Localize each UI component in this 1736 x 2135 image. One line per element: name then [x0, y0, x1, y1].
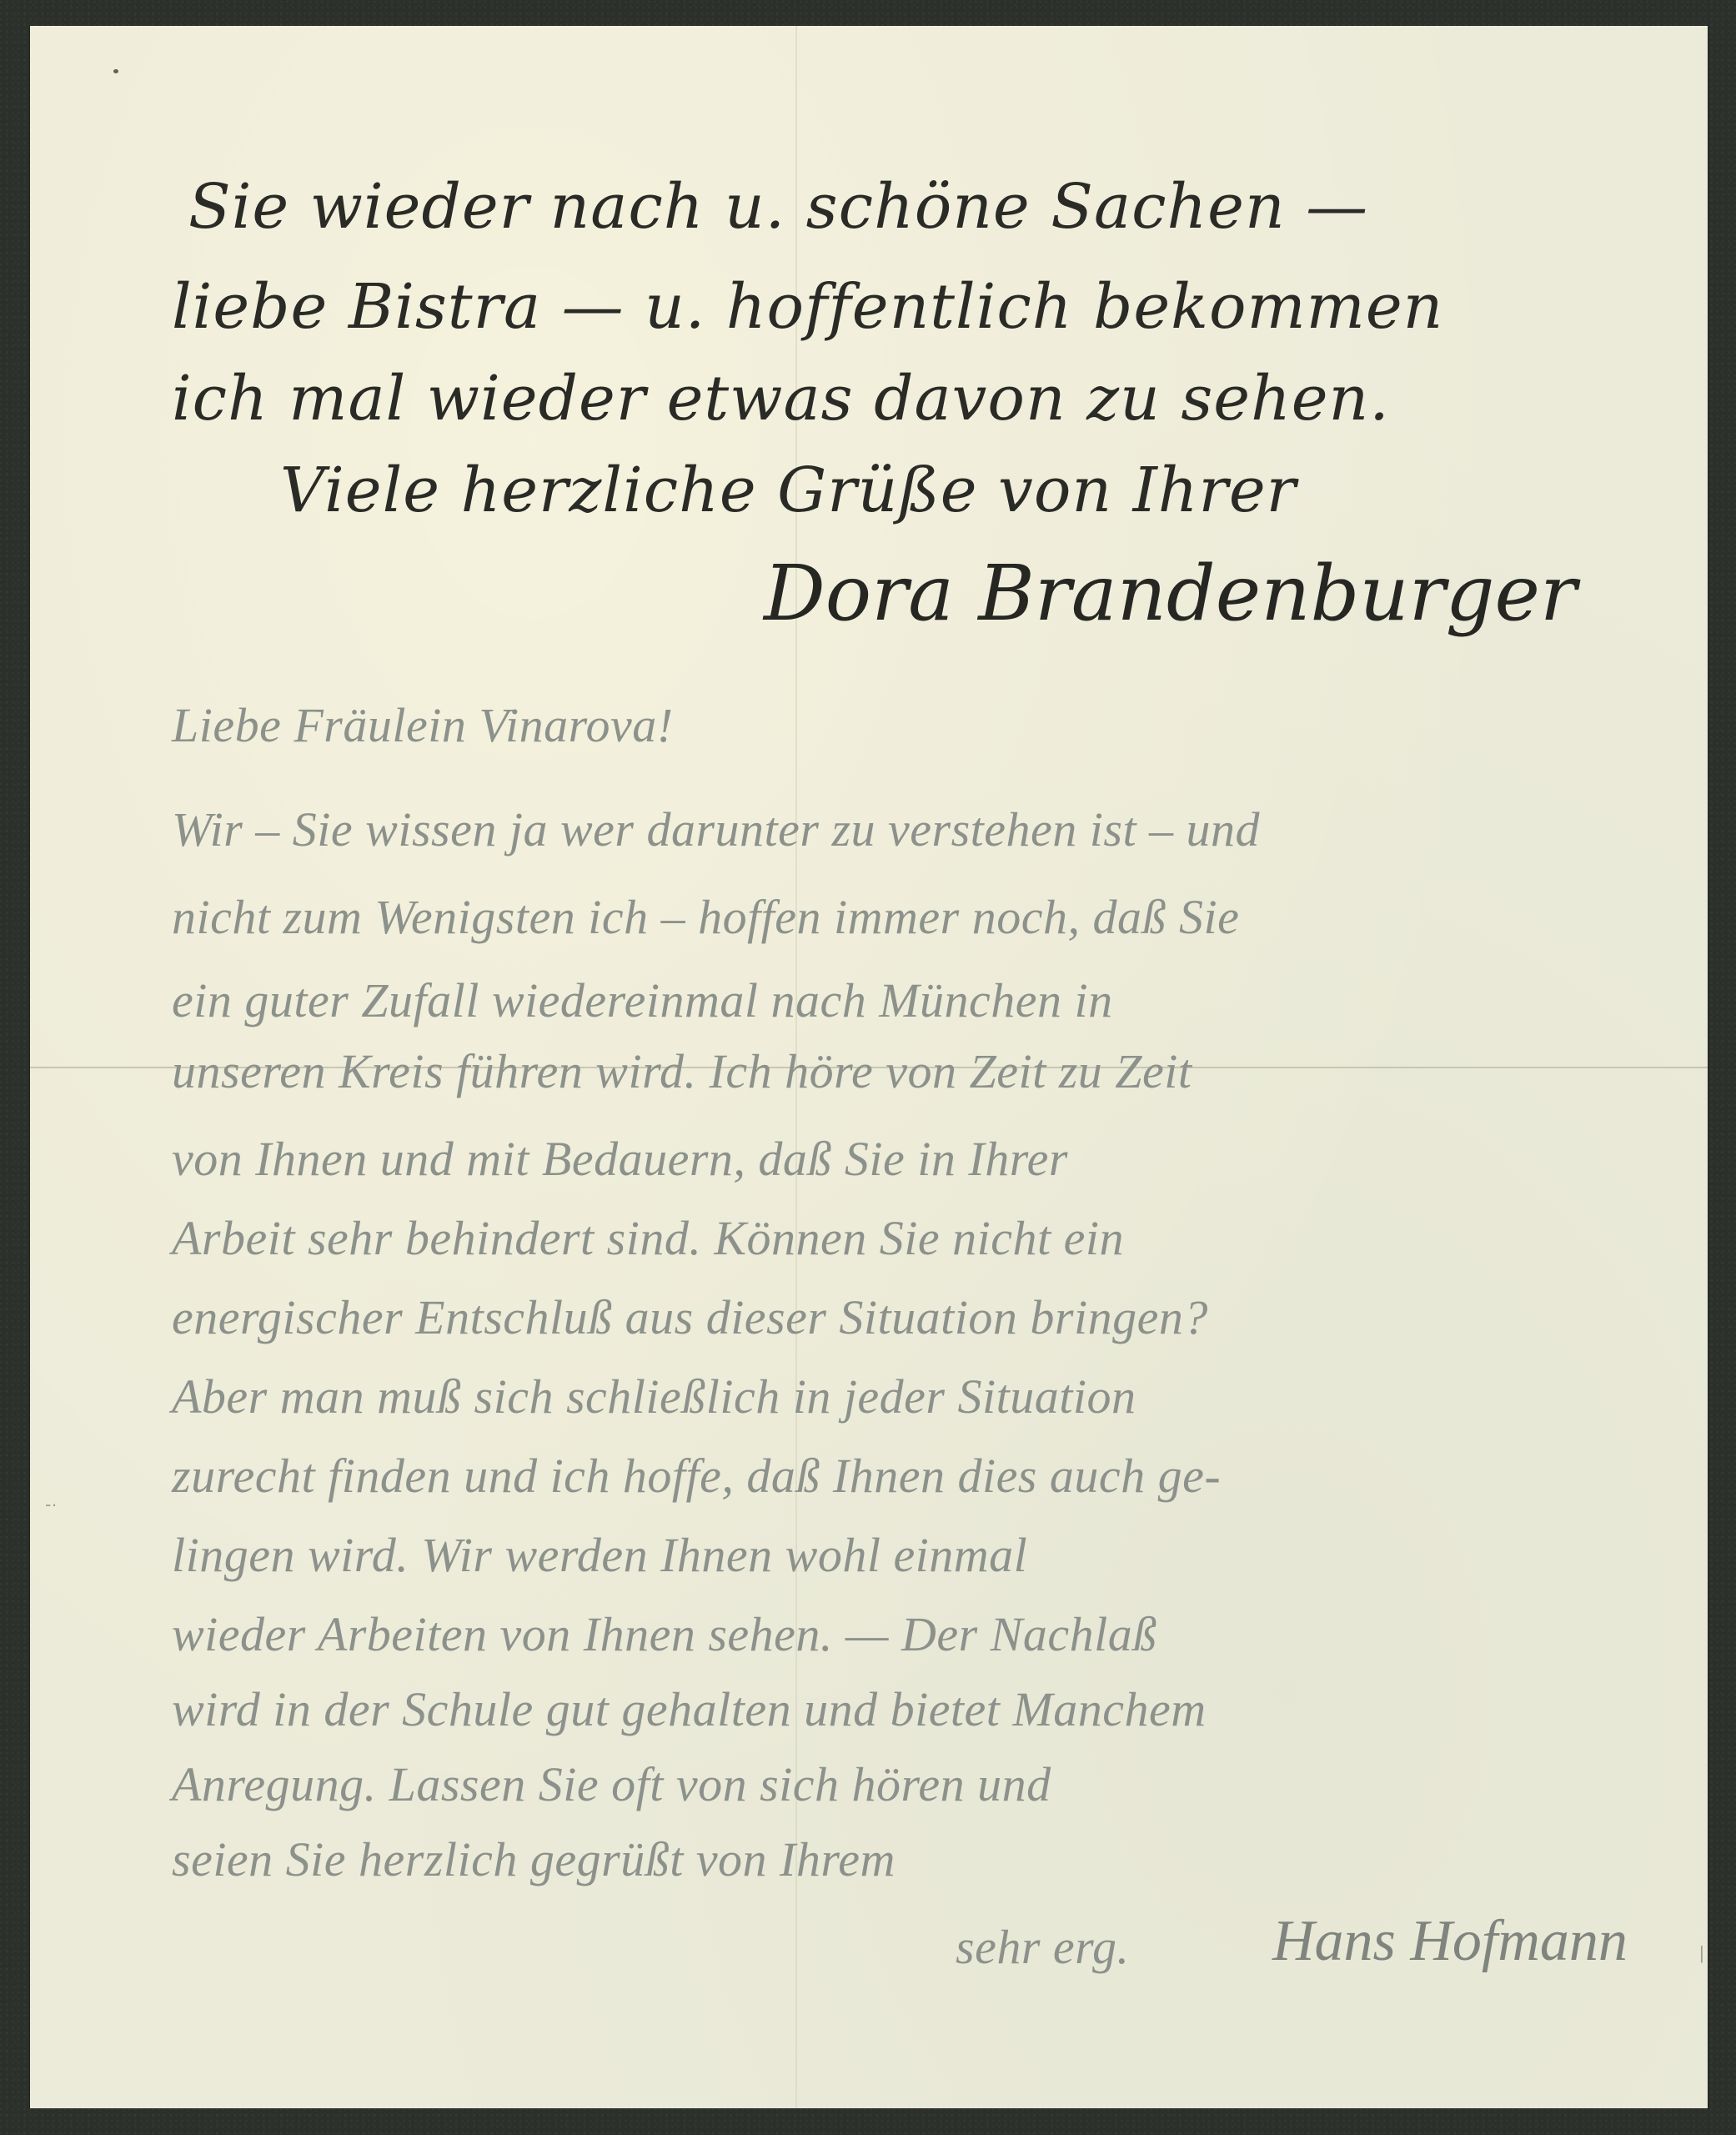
ink-line-3: ich mal wieder etwas davon zu sehen. [172, 368, 1390, 430]
margin-pencil-mark: -· [45, 1494, 58, 1515]
pencil-line-9: zurecht finden und ich hoffe, daß Ihnen … [172, 1452, 1221, 1500]
pencil-line-11: wieder Arbeiten von Ihnen sehen. — Der N… [172, 1610, 1157, 1659]
pencil-line-8: Aber man muß sich schließlich in jeder S… [172, 1373, 1136, 1421]
ink-line-4: Viele herzliche Grüße von Ihrer [280, 460, 1297, 521]
ink-signature: Dora Brandenburger [764, 555, 1577, 632]
pencil-line-12: wird in der Schule gut gehalten und biet… [172, 1685, 1207, 1734]
paper-speck [113, 69, 118, 73]
pencil-line-2: nicht zum Wenigsten ich – hoffen immer n… [172, 893, 1239, 942]
pencil-line-6: Arbeit sehr behindert sind. Können Sie n… [172, 1214, 1124, 1263]
margin-pencil-mark-small: | [1699, 1942, 1704, 1964]
pencil-line-13: Anregung. Lassen Sie oft von sich hören … [172, 1761, 1051, 1809]
pencil-signature: Hans Hofmann [1272, 1912, 1628, 1971]
pencil-line-7: energischer Entschluß aus dieser Situati… [172, 1294, 1208, 1342]
pencil-line-5: von Ihnen und mit Bedauern, daß Sie in I… [172, 1135, 1068, 1183]
pencil-line-4: unseren Kreis führen wird. Ich höre von … [172, 1047, 1192, 1096]
pencil-salutation: Liebe Fräulein Vinarova! [172, 701, 674, 750]
pencil-line-10: lingen wird. Wir werden Ihnen wohl einma… [172, 1531, 1027, 1580]
ink-line-1: Sie wieder nach u. schöne Sachen — [188, 176, 1368, 238]
letter-page: -· | Sie wieder nach u. schöne Sachen — … [30, 26, 1708, 2108]
pencil-closing: sehr erg. [956, 1923, 1130, 1972]
pencil-line-3: ein guter Zufall wiedereinmal nach Münch… [172, 977, 1113, 1025]
pencil-line-14: seien Sie herzlich gegrüßt von Ihrem [172, 1836, 896, 1884]
pencil-line-1: Wir – Sie wissen ja wer darunter zu vers… [172, 806, 1260, 854]
ink-line-2: liebe Bistra — u. hoffentlich bekommen [172, 276, 1443, 338]
